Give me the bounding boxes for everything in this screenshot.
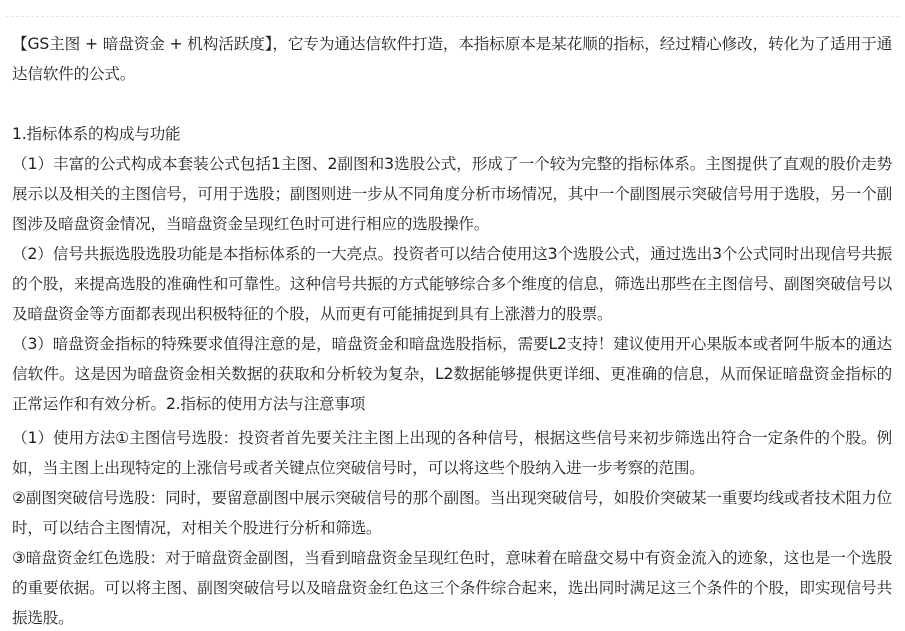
article-body: 【GS主图 + 暗盘资金 + 机构活跃度】，它专为通达信软件打造，本指标原本是某… (12, 29, 892, 631)
intro-paragraph: 【GS主图 + 暗盘资金 + 机构活跃度】，它专为通达信软件打造，本指标原本是某… (12, 29, 892, 89)
paragraph-usage-darkpool-red: ③暗盘资金红色选股：对于暗盘资金副图，当看到暗盘资金呈现红色时，意味着在暗盘交易… (12, 543, 892, 631)
paragraph-signal-resonance: （2）信号共振选股选股功能是本指标体系的一大亮点。投资者可以结合使用这3个选股公… (12, 239, 892, 329)
paragraph-formula-composition: （1）丰富的公式构成本套装公式包括1主图、2副图和3选股公式，形成了一个较为完整… (12, 149, 892, 239)
section-heading: 1.指标体系的构成与功能 (12, 119, 892, 149)
paragraph-darkpool-requirement: （3）暗盘资金指标的特殊要求值得注意的是，暗盘资金和暗盘选股指标，需要L2支持！… (12, 329, 892, 419)
paragraph-usage-breakout-signal: ②副图突破信号选股：同时，要留意副图中展示突破信号的那个副图。当出现突破信号，如… (12, 483, 892, 543)
blank-line (12, 89, 892, 119)
paragraph-usage-main-signal: （1）使用方法①主图信号选股：投资者首先要关注主图上出现的各种信号，根据这些信号… (12, 423, 892, 483)
top-divider (6, 16, 899, 17)
